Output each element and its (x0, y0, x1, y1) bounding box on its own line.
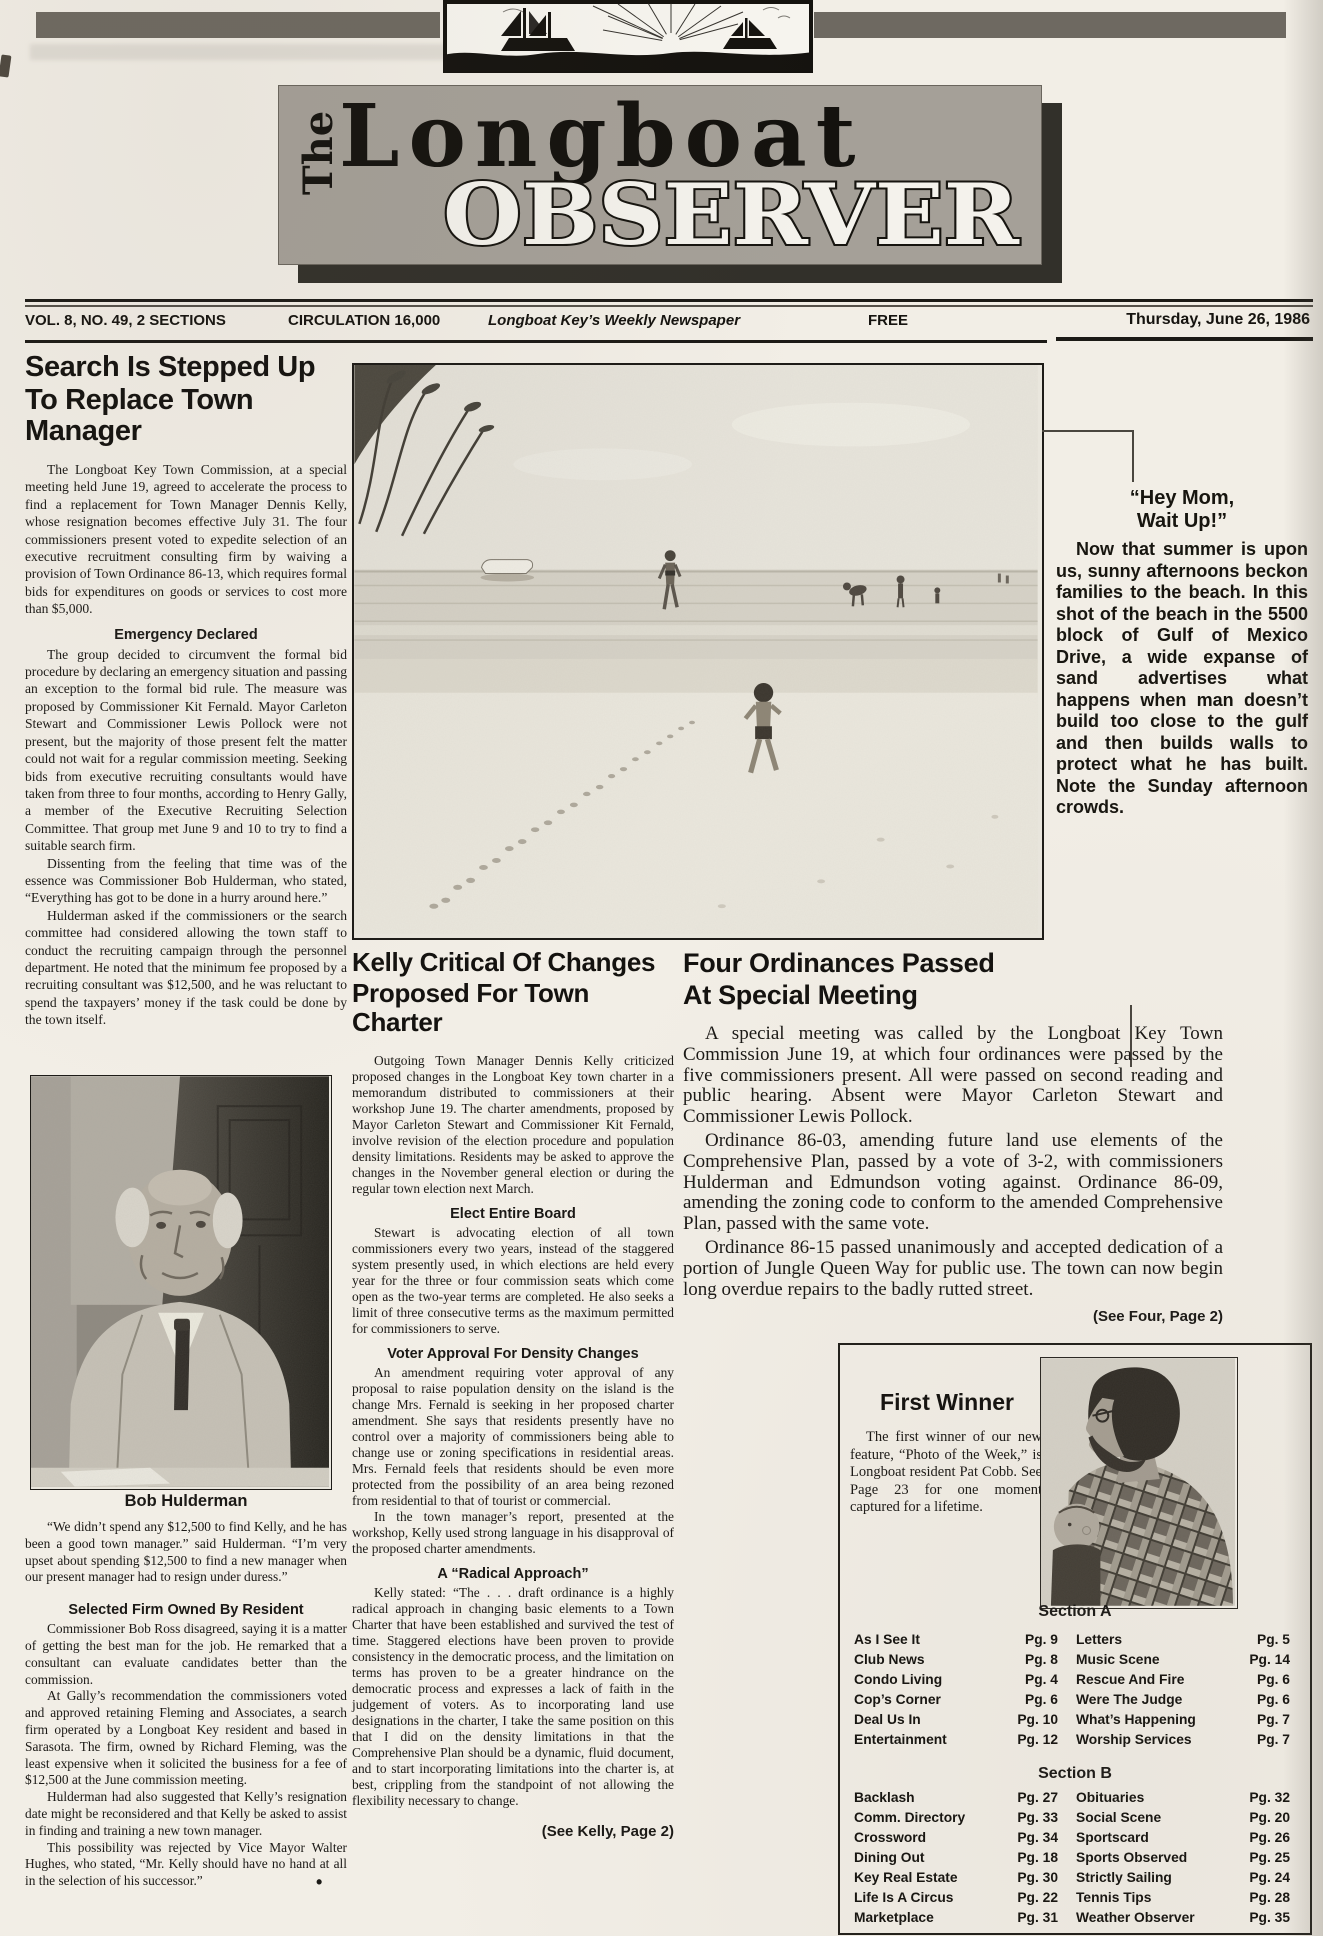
body-paragraph: At Gally’s recommendation the commission… (25, 1688, 347, 1789)
headline-search-line1: Search Is Stepped Up (25, 352, 347, 383)
headline-search-line2: To Replace Town Manager (25, 385, 347, 447)
headline-ordinances-line2: At Special Meeting (683, 980, 1223, 1010)
index-entry: Deal Us In (854, 1712, 1004, 1727)
beach-scene-image (354, 365, 1038, 934)
article-search-upper: Search Is Stepped Up To Replace Town Man… (25, 352, 347, 1029)
headline-kelly-line1: Kelly Critical Of Changes (352, 948, 674, 977)
jump-line-kelly: (See Kelly, Page 2) (352, 1823, 674, 1840)
subhead-elect-entire-board: Elect Entire Board (352, 1206, 674, 1222)
index-page: Pg. 28 (1242, 1890, 1290, 1905)
index-entry: Worship Services (1076, 1732, 1242, 1747)
first-winner-photo (1040, 1357, 1238, 1609)
index-page: Pg. 4 (1004, 1672, 1058, 1687)
caption-body: Now that summer is upon us, sunny aftern… (1056, 539, 1308, 819)
body-paragraph: Commissioner Bob Ross disagreed, saying … (25, 1621, 347, 1688)
masthead-name-line2: OBSERVER (443, 168, 1020, 264)
index-page: Pg. 33 (1004, 1810, 1058, 1825)
tagline: Longboat Key’s Weekly Newspaper (488, 312, 740, 329)
index-page: Pg. 8 (1004, 1652, 1058, 1667)
masthead-the: The (297, 93, 341, 213)
index-page: Pg. 26 (1242, 1830, 1290, 1845)
photo-caption-bob-hulderman: Bob Hulderman (25, 1492, 347, 1511)
index-row: Cop’s CornerPg. 6Were The JudgePg. 6 (854, 1689, 1294, 1709)
index-page: Pg. 9 (1004, 1632, 1058, 1647)
body-paragraph: The group decided to circumvent the form… (25, 646, 347, 855)
index-entry: Sports Observed (1076, 1850, 1242, 1865)
index-entry: Tennis Tips (1076, 1890, 1242, 1905)
ships-sunrise-icon (443, 0, 813, 73)
section-b-title: Section B (840, 1765, 1310, 1783)
section-a-rows: As I See ItPg. 9LettersPg. 5 Club NewsPg… (854, 1629, 1294, 1749)
index-entry: Comm. Directory (854, 1810, 1004, 1825)
info-rule-bottom-right (1056, 337, 1313, 341)
subhead-emergency-declared: Emergency Declared (25, 627, 347, 643)
index-page: Pg. 34 (1004, 1830, 1058, 1845)
index-page: Pg. 31 (1004, 1910, 1058, 1925)
headline-ordinances-line1: Four Ordinances Passed (683, 948, 1223, 978)
body-paragraph: Kelly stated: “The . . . draft ordinance… (352, 1585, 674, 1809)
index-page: Pg. 24 (1242, 1870, 1290, 1885)
index-entry: Sportscard (1076, 1830, 1242, 1845)
section-b-rows: BacklashPg. 27ObituariesPg. 32 Comm. Dir… (854, 1787, 1294, 1927)
index-entry: Entertainment (854, 1732, 1004, 1747)
index-page: Pg. 35 (1242, 1910, 1290, 1925)
article-kelly: Kelly Critical Of Changes Proposed For T… (352, 948, 674, 1840)
index-row: As I See ItPg. 9LettersPg. 5 (854, 1629, 1294, 1649)
index-entry: Weather Observer (1076, 1910, 1242, 1925)
index-page: Pg. 6 (1242, 1672, 1290, 1687)
index-row: EntertainmentPg. 12Worship ServicesPg. 7 (854, 1729, 1294, 1749)
issue-date: Thursday, June 26, 1986 (1035, 311, 1310, 329)
index-entry: Letters (1076, 1632, 1242, 1647)
index-entry: Backlash (854, 1790, 1004, 1805)
index-entry: Club News (854, 1652, 1004, 1667)
body-paragraph: Ordinance 86-15 passed unanimously and a… (683, 1238, 1223, 1300)
index-entry: Life Is A Circus (854, 1890, 1004, 1905)
index-entry: What’s Happening (1076, 1712, 1242, 1727)
circulation-label: CIRCULATION 16,000 (288, 312, 440, 329)
index-entry: Dining Out (854, 1850, 1004, 1865)
info-rule-top (25, 299, 1313, 302)
index-box: First Winner The first winner of our new… (838, 1343, 1312, 1935)
index-entry: Strictly Sailing (1076, 1870, 1242, 1885)
body-paragraph: Ordinance 86-03, amending future land us… (683, 1131, 1223, 1235)
body-paragraph: Hulderman asked if the commissioners or … (25, 907, 347, 1029)
body-paragraph: “We didn’t spend any $12,500 to find Kel… (25, 1519, 347, 1586)
caption-title-line2: Wait Up!” (1056, 510, 1308, 533)
headline-kelly-line2: Proposed For Town Charter (352, 979, 674, 1037)
ship-engraving-illustration (443, 0, 813, 73)
body-paragraph: An amendment requiring voter approval of… (352, 1365, 674, 1509)
first-winner-body: The first winner of our new feature, “Ph… (850, 1429, 1042, 1517)
body-paragraph: Hulderman had also suggested that Kelly’… (25, 1789, 347, 1839)
subhead-selected-firm: Selected Firm Owned By Resident (25, 1602, 347, 1618)
subhead-voter-approval: Voter Approval For Density Changes (352, 1346, 674, 1362)
index-entry: Cop’s Corner (854, 1692, 1004, 1707)
caption-title-line1: “Hey Mom, (1056, 487, 1308, 510)
article-end-mark: • (316, 1872, 322, 1893)
hulderman-photo (30, 1075, 332, 1490)
body-paragraph: Stewart is advocating election of all to… (352, 1225, 674, 1337)
jump-line-four: (See Four, Page 2) (683, 1308, 1223, 1325)
newspaper-page: The Longboat OBSERVER VOL. 8, NO. 49, 2 … (0, 0, 1323, 1936)
index-entry: Marketplace (854, 1910, 1004, 1925)
index-entry: Key Real Estate (854, 1870, 1004, 1885)
info-rule-bottom-left (25, 340, 1047, 343)
article-ordinances: Four Ordinances Passed At Special Meetin… (683, 948, 1223, 1325)
index-row: Condo LivingPg. 4Rescue And FirePg. 6 (854, 1669, 1294, 1689)
index-page: Pg. 6 (1004, 1692, 1058, 1707)
body-paragraph: This possibility was rejected by Vice Ma… (25, 1840, 347, 1890)
index-row: MarketplacePg. 31Weather ObserverPg. 35 (854, 1907, 1294, 1927)
index-row: Deal Us InPg. 10What’s HappeningPg. 7 (854, 1709, 1294, 1729)
subhead-radical-approach: A “Radical Approach” (352, 1566, 674, 1582)
index-page: Pg. 22 (1004, 1890, 1058, 1905)
caption-pointer-bracket-top (1042, 430, 1134, 482)
body-paragraph: In the town manager’s report, presented … (352, 1509, 674, 1557)
index-page: Pg. 25 (1242, 1850, 1290, 1865)
section-a-title: Section A (840, 1603, 1310, 1621)
index-row: CrosswordPg. 34SportscardPg. 26 (854, 1827, 1294, 1847)
first-winner-title: First Winner (852, 1389, 1042, 1416)
beach-photo-caption: “Hey Mom, Wait Up!” Now that summer is u… (1056, 487, 1308, 819)
index-page: Pg. 18 (1004, 1850, 1058, 1865)
top-rule-left (36, 12, 440, 38)
article-search-lower: Bob Hulderman “We didn’t spend any $12,5… (25, 1492, 347, 1890)
index-entry: Were The Judge (1076, 1692, 1242, 1707)
beach-photo (352, 363, 1044, 940)
masthead: The Longboat OBSERVER (278, 85, 1042, 265)
volume-label: VOL. 8, NO. 49, 2 SECTIONS (25, 312, 226, 329)
info-rule-top2 (25, 305, 1313, 307)
page-edge-scuff (0, 54, 11, 77)
index-entry: Obituaries (1076, 1790, 1242, 1805)
body-paragraph: The Longboat Key Town Commission, at a s… (25, 461, 347, 618)
index-page: Pg. 32 (1242, 1790, 1290, 1805)
index-row: Key Real EstatePg. 30Strictly SailingPg.… (854, 1867, 1294, 1887)
index-entry: Music Scene (1076, 1652, 1242, 1667)
body-paragraph: Dissenting from the feeling that time wa… (25, 855, 347, 907)
index-row: Comm. DirectoryPg. 33Social ScenePg. 20 (854, 1807, 1294, 1827)
masthead-name-line2-wrap: OBSERVER (439, 168, 1039, 264)
index-page: Pg. 7 (1242, 1732, 1290, 1747)
index-entry: Social Scene (1076, 1810, 1242, 1825)
index-page: Pg. 10 (1004, 1712, 1058, 1727)
index-row: Dining OutPg. 18Sports ObservedPg. 25 (854, 1847, 1294, 1867)
index-page: Pg. 20 (1242, 1810, 1290, 1825)
index-row: BacklashPg. 27ObituariesPg. 32 (854, 1787, 1294, 1807)
index-entry: Condo Living (854, 1672, 1004, 1687)
price-label: FREE (868, 312, 908, 329)
index-page: Pg. 27 (1004, 1790, 1058, 1805)
index-page: Pg. 30 (1004, 1870, 1058, 1885)
index-page: Pg. 14 (1242, 1652, 1290, 1667)
index-row: Club NewsPg. 8Music ScenePg. 14 (854, 1649, 1294, 1669)
top-rule-right (814, 12, 1286, 38)
index-row: Life Is A CircusPg. 22Tennis TipsPg. 28 (854, 1887, 1294, 1907)
index-entry: Crossword (854, 1830, 1004, 1845)
index-entry: Rescue And Fire (1076, 1672, 1242, 1687)
index-page: Pg. 6 (1242, 1692, 1290, 1707)
body-paragraph: A special meeting was called by the Long… (683, 1024, 1223, 1128)
index-page: Pg. 5 (1242, 1632, 1290, 1647)
index-page: Pg. 12 (1004, 1732, 1058, 1747)
body-paragraph: Outgoing Town Manager Dennis Kelly criti… (352, 1053, 674, 1197)
index-entry: As I See It (854, 1632, 1004, 1647)
index-page: Pg. 7 (1242, 1712, 1290, 1727)
pat-cobb-portrait-image (1041, 1358, 1235, 1606)
hulderman-portrait-image (31, 1076, 329, 1487)
